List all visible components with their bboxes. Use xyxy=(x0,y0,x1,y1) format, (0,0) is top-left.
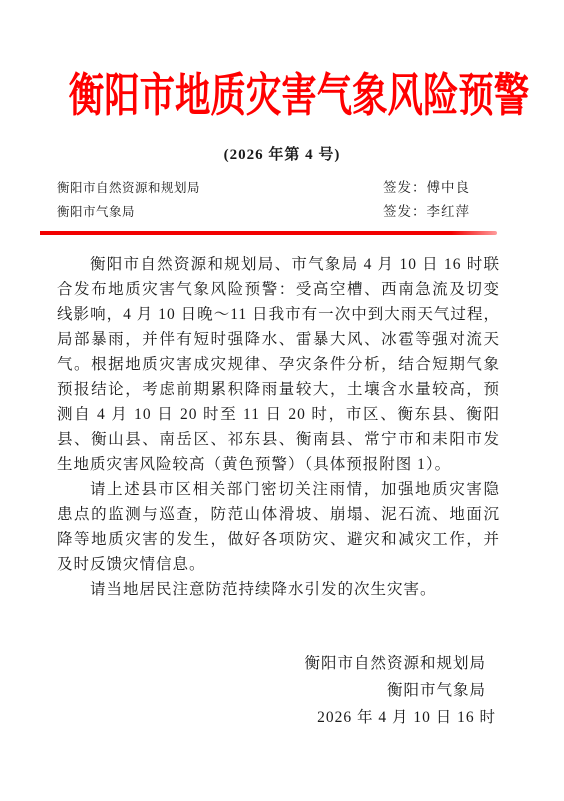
issuer-row: 衡阳市自然资源和规划局 签发：傅中良 xyxy=(57,176,470,200)
issuer-signoff: 签发：李红萍 xyxy=(383,200,470,224)
signature-org-line: 衡阳市气象局 xyxy=(57,677,500,704)
red-divider-line xyxy=(40,231,497,235)
body-paragraph-3: 请当地居民注意防范持续降水引发的次生灾害。 xyxy=(57,577,500,602)
document-title-text: 衡阳市地质灾害气象风险预警 xyxy=(69,68,529,122)
issuer-signoff: 签发：傅中良 xyxy=(383,176,470,200)
document-page: 衡阳市地质灾害气象风险预警 (2026 年第 4 号) 衡阳市自然资源和规划局 … xyxy=(0,0,564,801)
issuer-org-name: 衡阳市自然资源和规划局 xyxy=(57,176,200,200)
signature-org-line: 衡阳市自然资源和规划局 xyxy=(57,650,500,677)
document-body: 衡阳市自然资源和规划局、市气象局 4 月 10 日 16 时联合发布地质灾害气象… xyxy=(57,252,500,602)
signature-block: 衡阳市自然资源和规划局 衡阳市气象局 2026 年 4 月 10 日 16 时 xyxy=(57,650,500,731)
document-number: (2026 年第 4 号) xyxy=(0,143,564,167)
body-paragraph-1: 衡阳市自然资源和规划局、市气象局 4 月 10 日 16 时联合发布地质灾害气象… xyxy=(57,252,500,477)
body-paragraph-2: 请上述县市区相关部门密切关注雨情，加强地质灾害隐患点的监测与巡查，防范山体滑坡、… xyxy=(57,477,500,577)
document-title: 衡阳市地质灾害气象风险预警 xyxy=(0,68,564,122)
issuer-org-name: 衡阳市气象局 xyxy=(57,200,135,224)
issuer-block: 衡阳市自然资源和规划局 签发：傅中良 衡阳市气象局 签发：李红萍 xyxy=(57,176,470,224)
signature-datetime: 2026 年 4 月 10 日 16 时 xyxy=(57,704,500,731)
issuer-row: 衡阳市气象局 签发：李红萍 xyxy=(57,200,470,224)
